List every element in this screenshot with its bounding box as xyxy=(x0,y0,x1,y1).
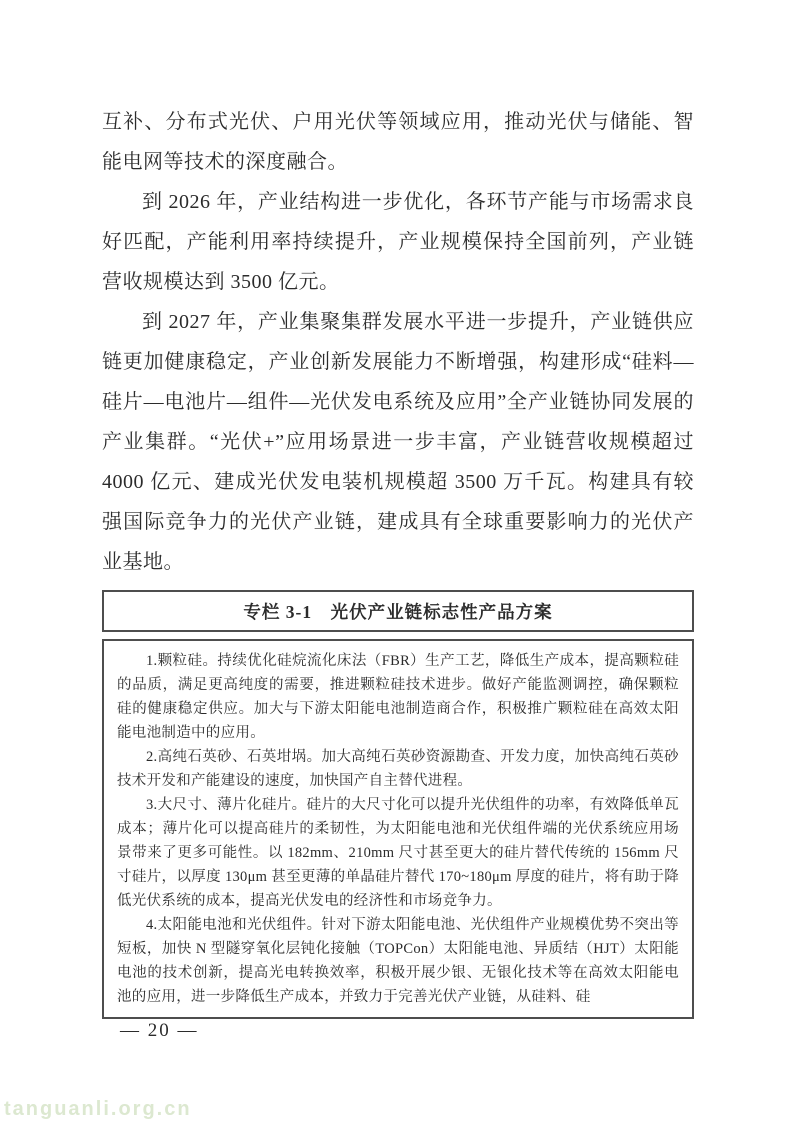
callout-item-solar-cells-modules: 4.太阳能电池和光伏组件。针对下游太阳能电池、光伏组件产业规模优势不突出等短板，… xyxy=(117,913,679,1009)
callout-item-large-thin-wafers: 3.大尺寸、薄片化硅片。硅片的大尺寸化可以提升光伏组件的功率，有效降低单瓦成本；… xyxy=(117,793,679,913)
page-body: 互补、分布式光伏、户用光伏等领域应用，推动光伏与储能、智能电网等技术的深度融合。… xyxy=(102,102,694,1019)
document-page: 互补、分布式光伏、户用光伏等领域应用，推动光伏与储能、智能电网等技术的深度融合。… xyxy=(0,0,794,1123)
callout-title-box: 专栏 3-1 光伏产业链标志性产品方案 xyxy=(102,590,694,632)
watermark: tanguanli.org.cn xyxy=(4,1098,192,1121)
body-paragraph-2027-goals: 到 2027 年，产业集聚集群发展水平进一步提升，产业链供应链更加健康稳定，产业… xyxy=(102,302,694,582)
callout-title: 专栏 3-1 光伏产业链标志性产品方案 xyxy=(243,599,552,624)
page-number: — 20 — xyxy=(120,1020,199,1042)
callout-item-granular-silicon: 1.颗粒硅。持续优化硅烷流化床法（FBR）生产工艺，降低生产成本，提高颗粒硅的品… xyxy=(117,649,679,745)
callout-item-quartz-sand: 2.高纯石英砂、石英坩埚。加大高纯石英砂资源勘查、开发力度，加快高纯石英砂技术开… xyxy=(117,745,679,793)
body-paragraph-continuation: 互补、分布式光伏、户用光伏等领域应用，推动光伏与储能、智能电网等技术的深度融合。 xyxy=(102,102,694,182)
callout-body-box: 1.颗粒硅。持续优化硅烷流化床法（FBR）生产工艺，降低生产成本，提高颗粒硅的品… xyxy=(102,639,694,1019)
body-paragraph-2026-goals: 到 2026 年，产业结构进一步优化，各环节产能与市场需求良好匹配，产能利用率持… xyxy=(102,182,694,302)
callout-box: 专栏 3-1 光伏产业链标志性产品方案 1.颗粒硅。持续优化硅烷流化床法（FBR… xyxy=(102,590,694,1019)
